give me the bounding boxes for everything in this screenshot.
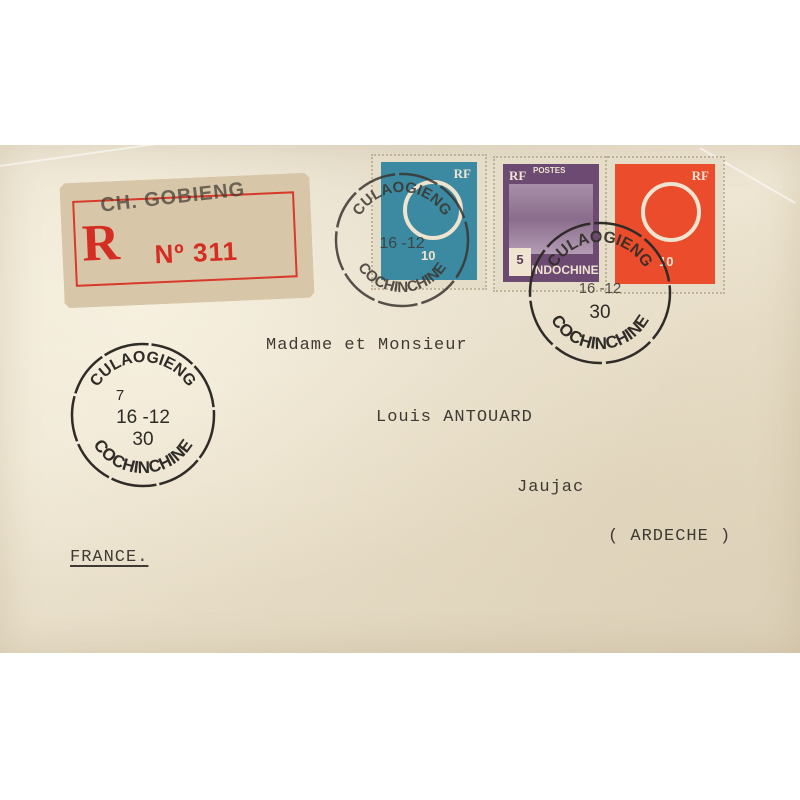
address-line-name: Louis ANTOUARD — [376, 408, 533, 427]
postmark-cancel: CULAOGIENG COCHINCHINE 16 -12 — [332, 170, 472, 310]
postmark-year: 30 — [132, 429, 153, 450]
address-line-town: Jaujac — [517, 478, 584, 497]
address-line-department: ( ARDECHE ) — [608, 527, 731, 546]
postmark-date: 16 -12 — [379, 235, 424, 252]
registration-label: R Nº 311 CH. GOBIENG — [59, 173, 314, 309]
postmark-date: 16 -12 — [116, 407, 170, 428]
postmark-cancel: CULAOGIENG COCHINCHINE 16 -12 30 — [525, 218, 675, 368]
svg-text:COCHINCHINE: COCHINCHINE — [354, 259, 449, 296]
postmark-cancel: CULAOGIENG COCHINCHINE 7 16 -12 30 — [68, 340, 218, 490]
registration-letter: R — [81, 217, 121, 271]
address-line-salutation: Madame et Monsieur — [266, 336, 468, 355]
postmark-bottom-text: COCHINCHINE — [354, 259, 449, 296]
stamp-rf-mark: RF — [692, 168, 709, 184]
postmark-hour: 7 — [116, 387, 124, 404]
address-line-country: FRANCE. — [70, 548, 148, 567]
stamp-header: POSTES — [533, 166, 565, 175]
stamp-rf-mark: RF — [509, 168, 526, 184]
postmark-year: 30 — [589, 302, 610, 323]
registration-number: Nº 311 — [154, 236, 239, 271]
paper-crease — [0, 140, 178, 167]
postmark-date: 16 -12 — [579, 280, 622, 297]
